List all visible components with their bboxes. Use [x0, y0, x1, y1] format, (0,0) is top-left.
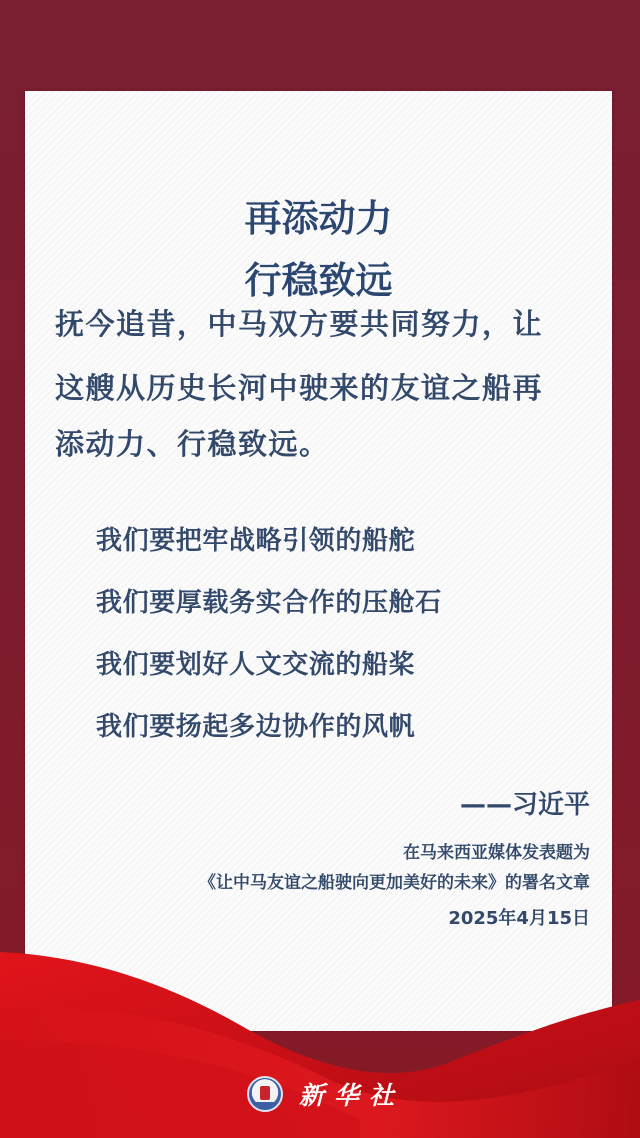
brand-name: 新华社 — [299, 1076, 404, 1112]
author: ——习近平 — [460, 787, 590, 823]
title-line-1: 再添动力 — [25, 193, 612, 245]
title-line-2: 行稳致远 — [25, 255, 612, 307]
quote-line-3: 添动力、行稳致远。 — [55, 424, 595, 464]
point-item: 我们要把牢战略引领的船舵 — [96, 523, 415, 559]
source-line-2: 《让中马友谊之船驶向更加美好的未来》的署名文章 — [199, 871, 590, 895]
point-item: 我们要扬起多边协作的风帆 — [96, 709, 415, 745]
xinhua-logo: 新华社 — [247, 1076, 404, 1112]
quote-line-1: 抚今追昔，中马双方要共同努力，让 — [55, 304, 595, 344]
source-line-1: 在马来西亚媒体发表题为 — [403, 841, 590, 865]
point-item: 我们要划好人文交流的船桨 — [96, 647, 415, 683]
quote-card: 再添动力 行稳致远 抚今追昔，中马双方要共同努力，让 这艘从历史长河中驶来的友谊… — [25, 91, 612, 1031]
xinhua-emblem-icon — [247, 1076, 283, 1112]
quote-line-2: 这艘从历史长河中驶来的友谊之船再 — [55, 368, 595, 408]
point-item: 我们要厚载务实合作的压舱石 — [96, 585, 442, 621]
